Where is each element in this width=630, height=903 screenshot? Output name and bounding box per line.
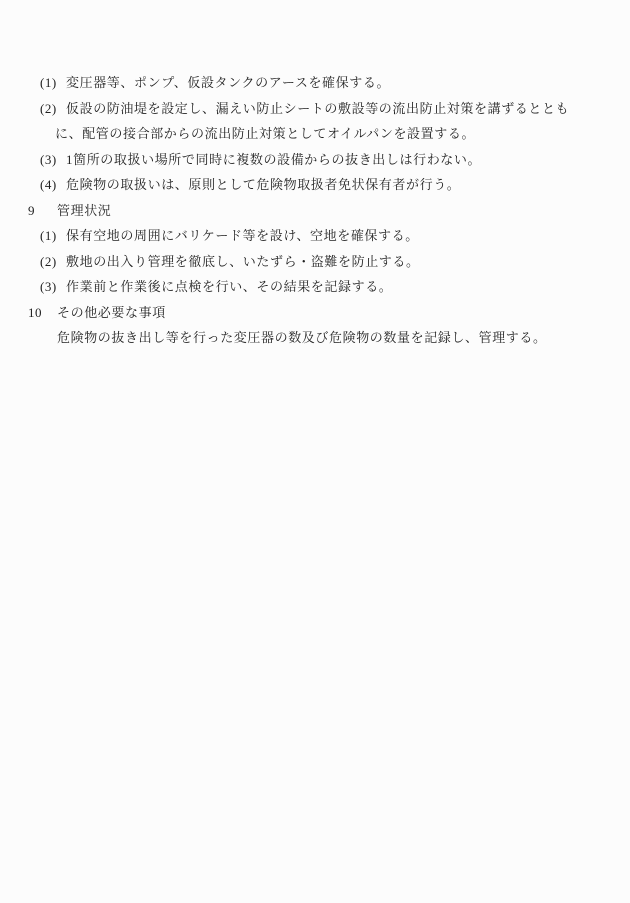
section-number: 10 xyxy=(28,300,57,326)
document-page: (1)変圧器等、ポンプ、仮設タンクのアースを確保する。 (2)仮設の防油堤を設定… xyxy=(0,0,630,903)
section-number: 9 xyxy=(28,198,57,224)
list-item-marker: (2) xyxy=(40,96,66,122)
continuation-line: に、配管の接合部からの流出防止対策としてオイルパンを設置する。 xyxy=(0,121,630,147)
section-heading: 10その他必要な事項 xyxy=(0,300,630,326)
continuation-text: に、配管の接合部からの流出防止対策としてオイルパンを設置する。 xyxy=(55,126,475,141)
list-item: (1)保有空地の周囲にバリケード等を設け、空地を確保する。 xyxy=(0,223,630,249)
list-item-text: 作業前と作業後に点検を行い、その結果を記録する。 xyxy=(66,279,392,294)
section-title: その他必要な事項 xyxy=(57,305,166,320)
paragraph-line: 危険物の抜き出し等を行った変圧器の数及び危険物の数量を記録し、管理する。 xyxy=(0,325,630,351)
section-heading: 9管理状況 xyxy=(0,198,630,224)
list-item-marker: (3) xyxy=(40,274,66,300)
list-item: (2)敷地の出入り管理を徹底し、いたずら・盗難を防止する。 xyxy=(0,249,630,275)
section-title: 管理状況 xyxy=(57,203,111,218)
list-item-marker: (1) xyxy=(40,223,66,249)
list-item-marker: (3) xyxy=(40,147,66,173)
list-item-marker: (4) xyxy=(40,172,66,198)
list-item: (2)仮設の防油堤を設定し、漏えい防止シートの敷設等の流出防止対策を講ずるととも xyxy=(0,96,630,122)
list-item: (3)作業前と作業後に点検を行い、その結果を記録する。 xyxy=(0,274,630,300)
list-item-text: 保有空地の周囲にバリケード等を設け、空地を確保する。 xyxy=(66,228,419,243)
paragraph-text: 危険物の抜き出し等を行った変圧器の数及び危険物の数量を記録し、管理する。 xyxy=(57,330,547,345)
list-item-text: 変圧器等、ポンプ、仮設タンクのアースを確保する。 xyxy=(66,75,390,90)
list-item-text: 1箇所の取扱い場所で同時に複数の設備からの抜き出しは行わない。 xyxy=(66,152,481,167)
list-item-text: 仮設の防油堤を設定し、漏えい防止シートの敷設等の流出防止対策を講ずるととも xyxy=(66,101,569,116)
list-item: (3)1箇所の取扱い場所で同時に複数の設備からの抜き出しは行わない。 xyxy=(0,147,630,173)
list-item: (1)変圧器等、ポンプ、仮設タンクのアースを確保する。 xyxy=(0,70,630,96)
list-item: (4)危険物の取扱いは、原則として危険物取扱者免状保有者が行う。 xyxy=(0,172,630,198)
list-item-marker: (1) xyxy=(40,70,66,96)
list-item-marker: (2) xyxy=(40,249,66,275)
list-item-text: 危険物の取扱いは、原則として危険物取扱者免状保有者が行う。 xyxy=(66,177,460,192)
list-item-text: 敷地の出入り管理を徹底し、いたずら・盗難を防止する。 xyxy=(66,254,420,269)
